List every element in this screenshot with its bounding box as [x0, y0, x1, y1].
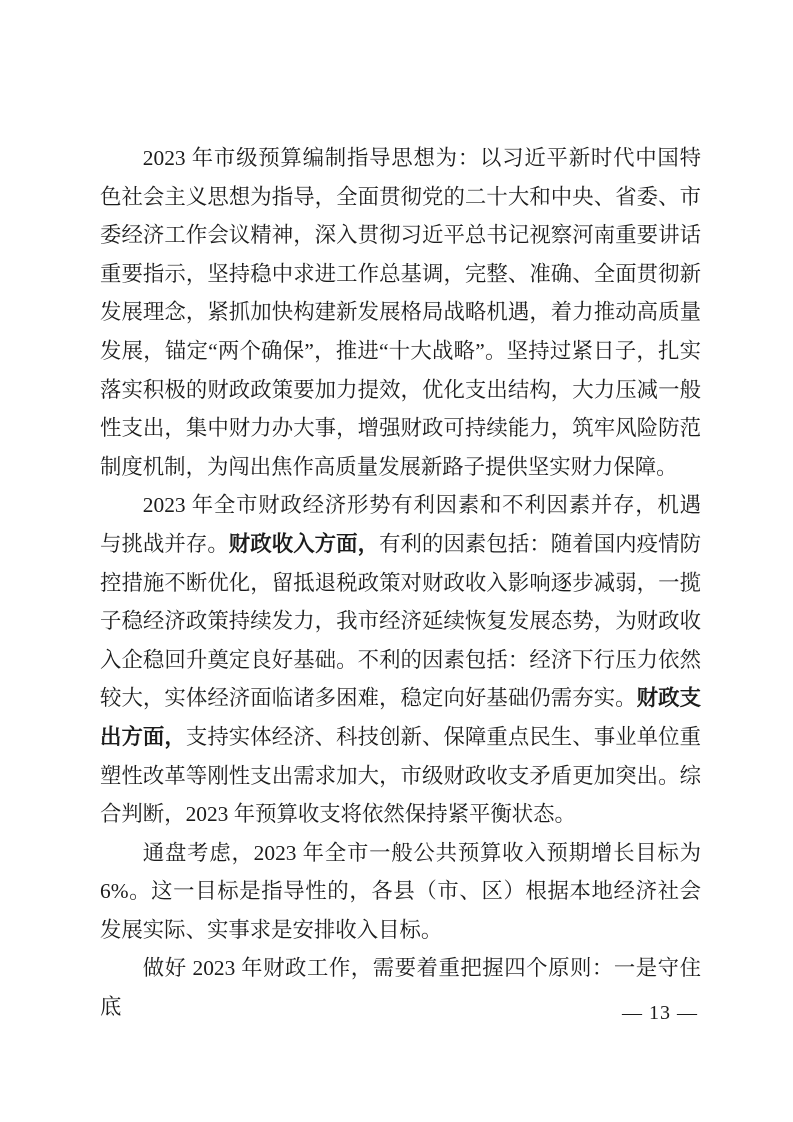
text-run: 2023 年市级预算编制指导思想为：以习近平新时代中国特色社会主义思想为指导，全…: [100, 146, 701, 479]
text-run: 有利的因素包括：随着国内疫情防控措施不断优化，留抵退税政策对财政收入影响逐步减弱…: [100, 532, 701, 710]
text-run: 支持实体经济、科技创新、保障重点民生、事业单位重塑性改革等刚性支出需求加大，市级…: [100, 725, 701, 826]
document-body: 2023 年市级预算编制指导思想为：以习近平新时代中国特色社会主义思想为指导，全…: [100, 139, 701, 1027]
text-run-emphasis-revenue: 财政收入方面，: [229, 532, 379, 556]
text-run: 通盘考虑，2023 年全市一般公共预算收入预期增长目标为6%。这一目标是指导性的…: [100, 841, 701, 942]
paragraph-fiscal-situation: 2023 年全市财政经济形势有利因素和不利因素并存，机遇与挑战并存。财政收入方面…: [100, 486, 701, 833]
paragraph-four-principles: 做好 2023 年财政工作，需要着重把握四个原则：一是守住底: [100, 949, 701, 1026]
text-run: 做好 2023 年财政工作，需要着重把握四个原则：一是守住底: [100, 956, 701, 1019]
paragraph-guiding-ideology: 2023 年市级预算编制指导思想为：以习近平新时代中国特色社会主义思想为指导，全…: [100, 139, 701, 486]
paragraph-revenue-target: 通盘考虑，2023 年全市一般公共预算收入预期增长目标为6%。这一目标是指导性的…: [100, 834, 701, 950]
page-number: — 13 —: [622, 999, 698, 1027]
document-page: 2023 年市级预算编制指导思想为：以习近平新时代中国特色社会主义思想为指导，全…: [0, 0, 793, 1122]
